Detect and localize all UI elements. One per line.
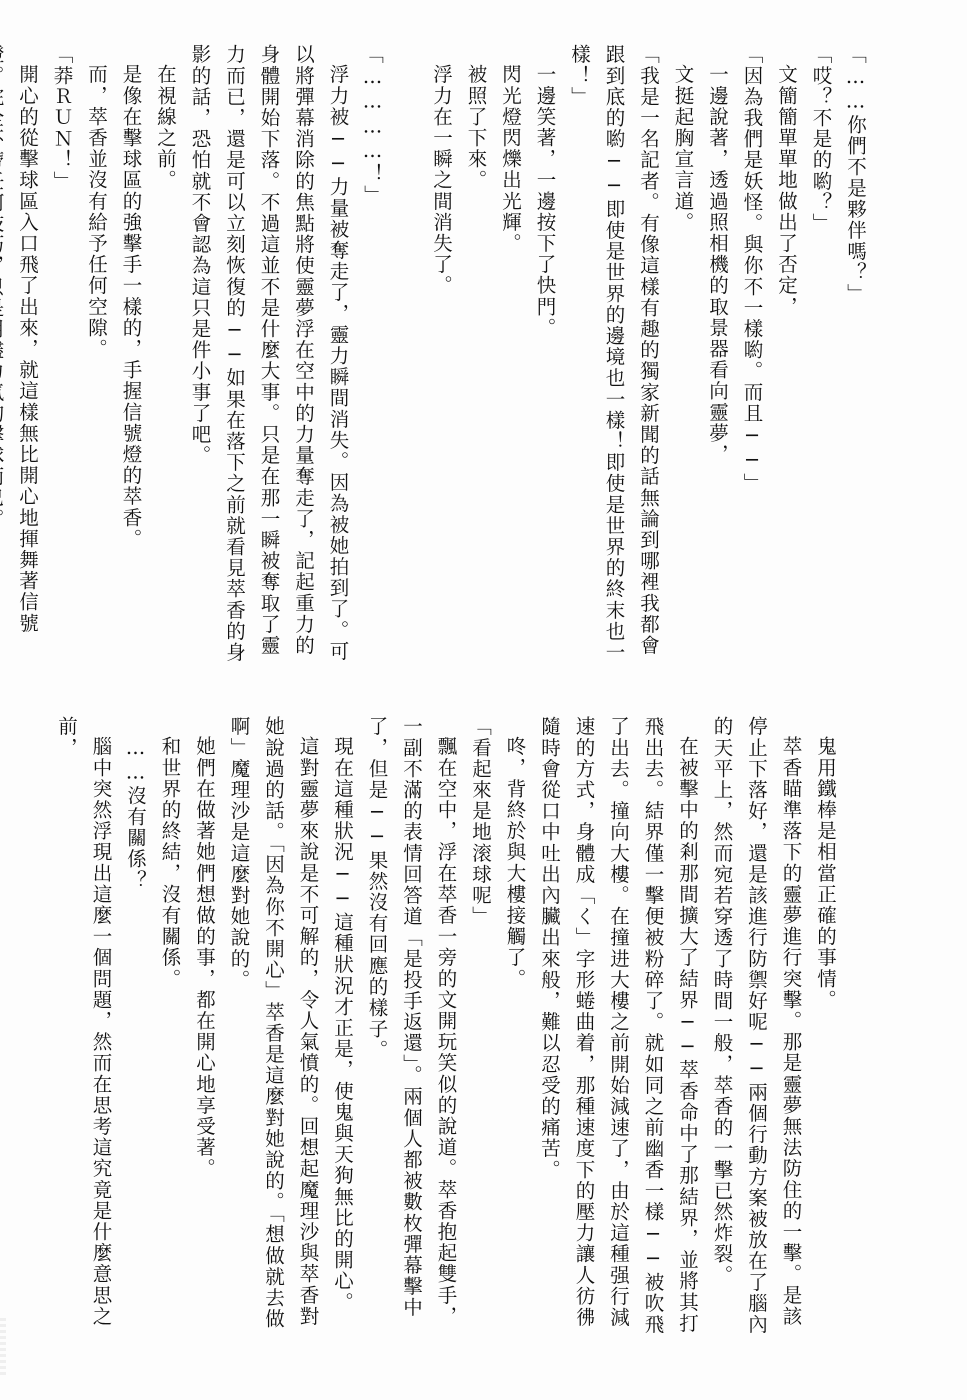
paragraph: 萃香瞄準落下的靈夢進行突擊。那是靈夢無法防住的一擊。是該停止下落好，還是該進行防… [704,716,808,1336]
paragraph: ……沒有關係？ [118,716,153,1336]
paragraph: 在被擊中的剎那間擴大了結界──萃香命中了那結界，並將其打飛出去。結界僅一擊便被粉… [532,716,705,1336]
paragraph: 浮力被──力量被奪走了，靈力瞬間消失。因為被她拍到了。可以將彈幕消除的焦點將使靈… [182,44,355,664]
paragraph: 浮力在一瞬之間消失了。 [424,44,459,664]
paragraph: 「哎？不是的喲？」 [803,44,838,664]
paragraph: 閃光燈閃爍出光輝。 [493,44,528,664]
paragraph: 一邊笑著，一邊按下了快門。 [527,44,562,664]
paragraph: 腦中突然浮現出這麼一個問題，然而在思考這究竟是什麼意思之前， [49,716,118,1336]
text-block-bottom: 鬼用鐵棒是相當正確的事情。萃香瞄準落下的靈夢進行突擊。那是靈夢無法防住的一擊。是… [122,716,842,1336]
paragraph: 「莽ＲＵＮ！」 [44,44,79,664]
paragraph: 「因為我們是妖怪。與你不一樣喲。而且──」 [734,44,769,664]
scan-gutter-mark [0,1318,6,1378]
paragraph: 現在這種狀況──這種狀況才正是，使鬼與天狗無比的開心。 [325,716,360,1336]
paragraph [389,44,424,664]
paragraph: 她們在做著她們想做的事，都在開心地享受著。 [187,716,222,1336]
paragraph: 和世界的終結，沒有關係。 [152,716,187,1336]
paragraph: 咚，背終於與大樓接觸了。 [497,716,532,1336]
paragraph: 是像在擊球區的強擊手一樣的，手握信號燈的萃香。 [113,44,148,664]
paragraph: 「……你們不是夥伴嗎？」 [838,44,873,664]
paragraph: 開心的從擊球區入口飛了出來，就這樣無比開心地揮舞著信號燈。完全不帶任何技巧，只是… [0,44,44,664]
text-block-top: 「……你們不是夥伴嗎？」「哎？不是的喲？」文簡簡單單地做出了否定，「因為我們是妖… [2,44,872,664]
novel-page: 「……你們不是夥伴嗎？」「哎？不是的喲？」文簡簡單單地做出了否定，「因為我們是妖… [0,0,967,1400]
paragraph: 文簡簡單單地做出了否定， [769,44,804,664]
paragraph: 「…………！」 [355,44,390,664]
paragraph: 鬼用鐵棒是相當正確的事情。 [808,716,843,1336]
paragraph: 一邊說著，透過照相機的取景器看向靈夢， [700,44,735,664]
paragraph: 飄在空中，浮在萃香一旁的文開玩笑似的說道。萃香抱起雙手，一副不滿的表情回答道「是… [359,716,463,1336]
paragraph: 文挺起胸宣言道。 [665,44,700,664]
paragraph: 「我是一名記者。有像這樣有趣的獨家新聞的話無論到哪裡我都會跟到底的喲──即使是世… [562,44,666,664]
paragraph: 在視線之前。 [148,44,183,664]
paragraph: 被照了下來。 [458,44,493,664]
paragraph: 「看起來是地滚球呢」 [463,716,498,1336]
paragraph: 這對靈夢來說是不可解的，令人氣憤的。回想起魔理沙與萃香對她說過的話。「因為你不開… [221,716,325,1336]
paragraph: 而，萃香並沒有給予任何空隙。 [79,44,114,664]
